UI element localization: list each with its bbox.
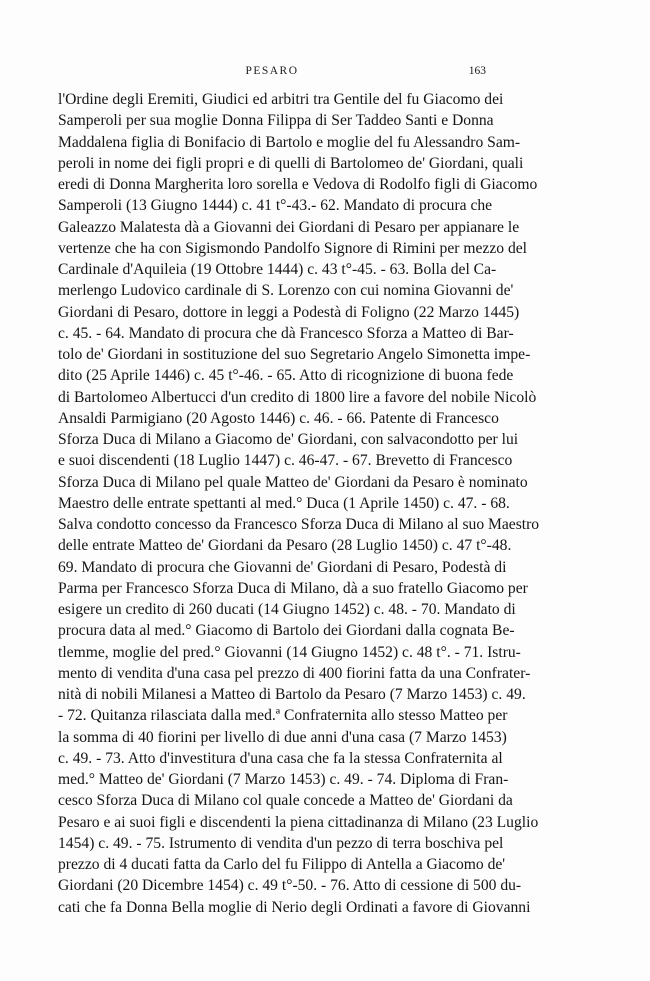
text-line: Maddalena figlia di Bonifacio di Bartolo… xyxy=(58,132,486,153)
text-line: Sforza Duca di Milano pel quale Matteo d… xyxy=(58,472,486,493)
text-line: tlemme, moglie del pred.° Giovanni (14 G… xyxy=(58,642,486,663)
text-line: - 72. Quitanza rilasciata dalla med.ª Co… xyxy=(58,705,486,726)
running-title: PESARO xyxy=(58,65,486,77)
text-line: c. 45. - 64. Mandato di procura che dà F… xyxy=(58,323,486,344)
text-line: Samperoli (13 Giugno 1444) c. 41 t°-43.-… xyxy=(58,195,486,216)
text-line: Ansaldi Parmigiano (20 Agosto 1446) c. 4… xyxy=(58,408,486,429)
text-line: eredi di Donna Margherita loro sorella e… xyxy=(58,174,486,195)
text-line: 1454) c. 49. - 75. Istrumento di vendita… xyxy=(58,833,486,854)
running-head: PESARO 163 xyxy=(58,63,486,81)
text-line: Giordani (20 Dicembre 1454) c. 49 t°-50.… xyxy=(58,875,486,896)
text-line: Giordani di Pesaro, dottore in leggi a P… xyxy=(58,302,486,323)
text-line: procura data al med.° Giacomo di Bartolo… xyxy=(58,620,486,641)
text-line: nità di nobili Milanesi a Matteo di Bart… xyxy=(58,684,486,705)
text-line: cati che fa Donna Bella moglie di Nerio … xyxy=(58,897,486,918)
body-text: l'Ordine degli Eremiti, Giudici ed arbit… xyxy=(58,89,486,918)
text-line: cesco Sforza Duca di Milano col quale co… xyxy=(58,790,486,811)
text-line: Maestro delle entrate spettanti al med.°… xyxy=(58,493,486,514)
text-line: Sforza Duca di Milano a Giacomo de' Gior… xyxy=(58,429,486,450)
text-line: delle entrate Matteo de' Giordani da Pes… xyxy=(58,535,486,556)
text-line: Cardinale d'Aquileia (19 Ottobre 1444) c… xyxy=(58,259,486,280)
document-page: PESARO 163 l'Ordine degli Eremiti, Giudi… xyxy=(0,0,650,981)
text-line: Pesaro e ai suoi figli e discendenti la … xyxy=(58,812,486,833)
text-line: tolo de' Giordani in sostituzione del su… xyxy=(58,344,486,365)
text-line: Salva condotto concesso da Francesco Sfo… xyxy=(58,514,486,535)
text-line: l'Ordine degli Eremiti, Giudici ed arbit… xyxy=(58,89,486,110)
text-line: 69. Mandato di procura che Giovanni de' … xyxy=(58,557,486,578)
text-line: dito (25 Aprile 1446) c. 45 t°-46. - 65.… xyxy=(58,365,486,386)
text-line: la somma di 40 fiorini per livello di du… xyxy=(58,727,486,748)
text-line: e suoi discendenti (18 Luglio 1447) c. 4… xyxy=(58,450,486,471)
text-line: di Bartolomeo Albertucci d'un credito di… xyxy=(58,387,486,408)
text-line: mento di vendita d'una casa pel prezzo d… xyxy=(58,663,486,684)
text-line: vertenze che ha con Sigismondo Pandolfo … xyxy=(58,238,486,259)
text-line: esigere un credito di 260 ducati (14 Giu… xyxy=(58,599,486,620)
text-line: merlengo Ludovico cardinale di S. Lorenz… xyxy=(58,280,486,301)
page-number: 163 xyxy=(469,65,486,77)
text-line: c. 49. - 73. Atto d'investitura d'una ca… xyxy=(58,748,486,769)
text-line: med.° Matteo de' Giordani (7 Marzo 1453)… xyxy=(58,769,486,790)
text-line: prezzo di 4 ducati fatta da Carlo del fu… xyxy=(58,854,486,875)
text-line: peroli in nome dei figli propri e di que… xyxy=(58,153,486,174)
text-line: Samperoli per sua moglie Donna Filippa d… xyxy=(58,110,486,131)
text-line: Parma per Francesco Sforza Duca di Milan… xyxy=(58,578,486,599)
text-line: Galeazzo Malatesta dà a Giovanni dei Gio… xyxy=(58,217,486,238)
